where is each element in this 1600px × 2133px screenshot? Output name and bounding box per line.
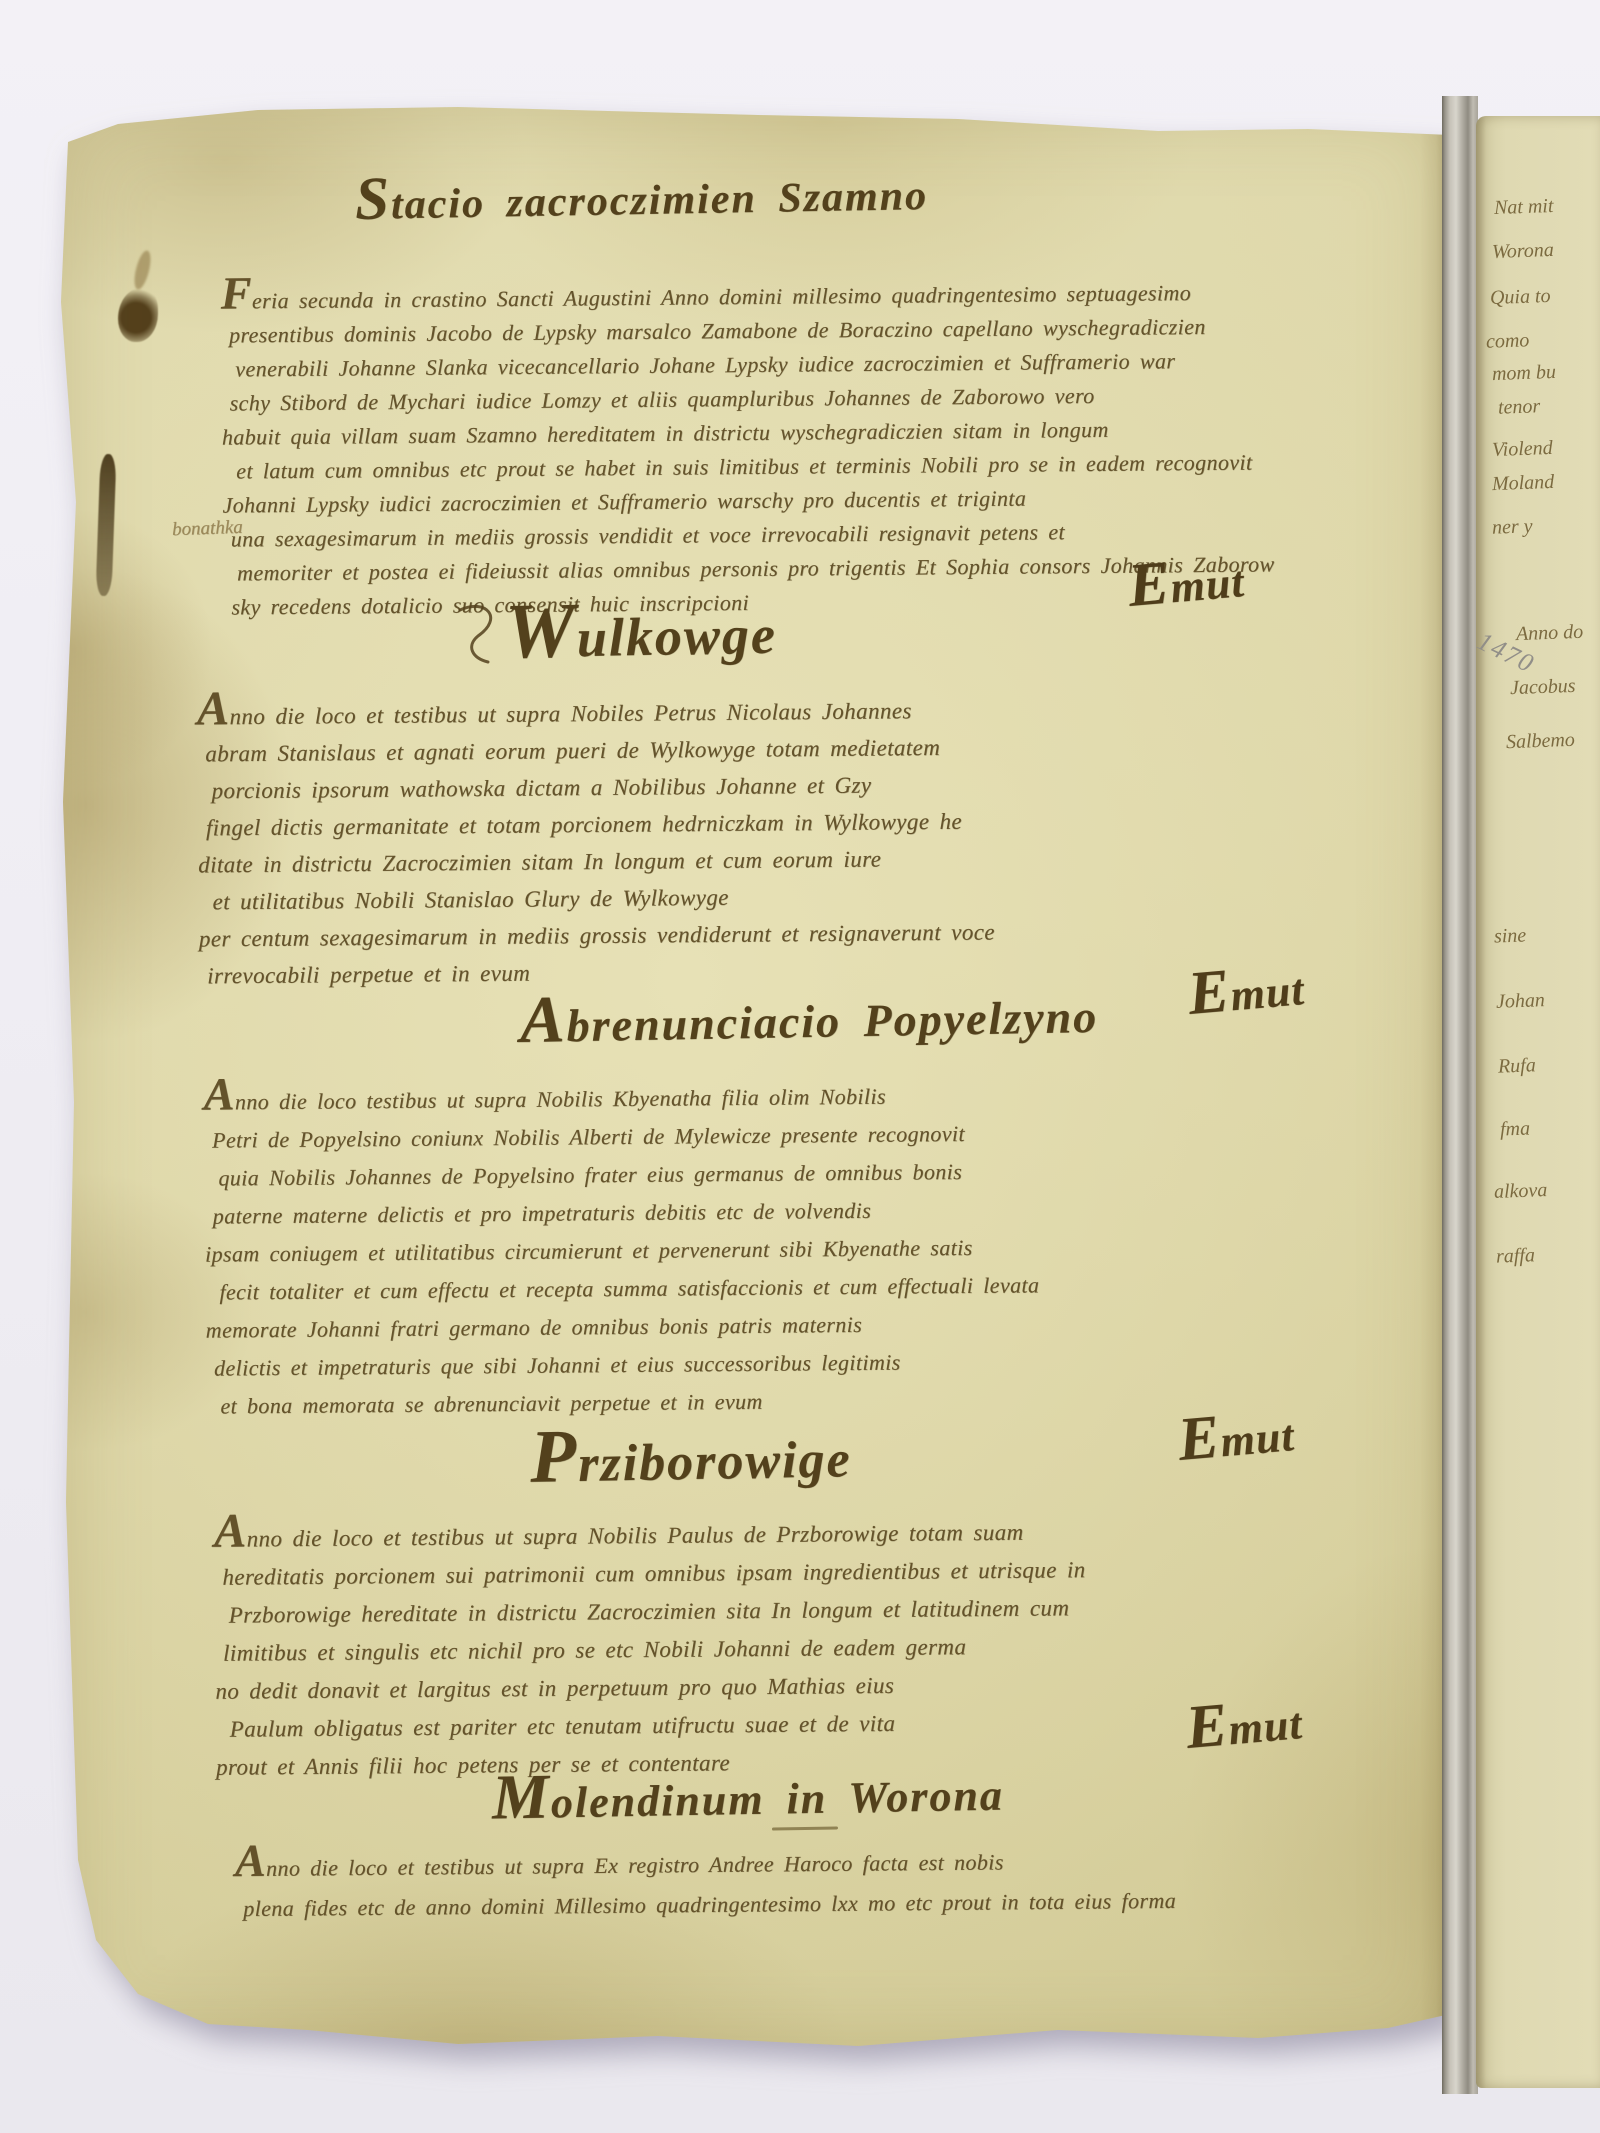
page-fragment-line: Anno do	[1516, 621, 1584, 646]
page-fragment-line: alkova	[1494, 1179, 1548, 1204]
section-heading: Wulkowge	[504, 582, 777, 677]
page-fragment-line: Salbemo	[1506, 729, 1576, 754]
entry-text: Anno die loco et testibus ut supra Nobil…	[214, 1502, 1088, 1787]
page-fragment-line: como	[1486, 329, 1530, 353]
ink-stain-tail	[131, 249, 153, 291]
page-fragment-line: Violend	[1492, 437, 1554, 462]
text-line: plena fides etc de anno domini Millesimo…	[243, 1881, 1176, 1929]
section-heading: Abrenunciacio Popyelzyno	[519, 973, 1098, 1059]
page-fragment-line: Worona	[1492, 239, 1555, 264]
notary-signoff: Emut	[1185, 949, 1307, 1030]
text-line: Anno die loco testibus ut supra Nobilis …	[203, 1066, 1037, 1121]
page-fragment-line: Jacobus	[1510, 675, 1576, 700]
margin-ink-mark	[96, 454, 117, 596]
page-fragment-line: raffa	[1496, 1244, 1536, 1268]
page-fragment-line: tenor	[1498, 395, 1541, 419]
text-line: Anno die loco et testibus ut supra Nobil…	[197, 681, 993, 736]
page-fragment-line: Quia to	[1490, 285, 1551, 310]
notary-signoff: Emut	[1125, 541, 1247, 622]
text-line: quia Nobilis Johannes de Popyelsino frat…	[218, 1152, 1038, 1197]
entry-text: Anno die loco et testibus ut supra Nobil…	[197, 681, 996, 995]
flourish-icon	[452, 596, 512, 668]
entry-text: Feria secunda in crastino Sancti Augusti…	[220, 263, 1275, 624]
page-fragment-line: Moland	[1492, 471, 1555, 496]
section-heading: Molendinum in Worona	[491, 1752, 1004, 1835]
section-heading: Stacio zacroczimien Szamno	[354, 155, 928, 235]
notary-signoff: Emut	[1183, 1683, 1305, 1764]
page-fragment-line: fma	[1500, 1117, 1531, 1141]
page-fragment-line: Nat mit	[1494, 195, 1554, 220]
text-line: ditate in districtu Zacroczimien sitam I…	[198, 840, 994, 884]
entry-text: Anno die loco et testibus ut supra Ex re…	[235, 1832, 1177, 1929]
notary-signoff: Emut	[1175, 1395, 1297, 1476]
text-line: limitibus et singulis etc nichil pro se …	[223, 1627, 1087, 1673]
page-fragment-line: ner y	[1492, 515, 1533, 539]
text-line: fecit totaliter et cum effectu et recept…	[219, 1266, 1039, 1311]
page-fragment-line: mom bu	[1492, 361, 1557, 386]
section-heading: Prziborowige	[529, 1409, 852, 1501]
text-line: Anno die loco et testibus ut supra Ex re…	[235, 1832, 1176, 1889]
text-line: per centum sexagesimarum in mediis gross…	[199, 914, 995, 958]
adjacent-page: 1470 Nat mitWoronaQuia tocomomom butenor…	[1476, 116, 1600, 2088]
page-fragment-line: Johan	[1496, 989, 1546, 1014]
text-line: abram Stanislaus et agnati eorum pueri d…	[205, 729, 993, 773]
binding-gutter	[1442, 96, 1478, 2094]
scan-background: 1470 Nat mitWoronaQuia tocomomom butenor…	[0, 0, 1600, 2133]
page-fragment-line: sine	[1494, 924, 1527, 948]
text-line: Anno die loco et testibus ut supra Nobil…	[214, 1502, 1086, 1559]
page-fragment-line: Rufa	[1498, 1054, 1537, 1078]
ink-stain-blob	[118, 288, 158, 342]
entry-text: Anno die loco testibus ut supra Nobilis …	[203, 1066, 1040, 1425]
